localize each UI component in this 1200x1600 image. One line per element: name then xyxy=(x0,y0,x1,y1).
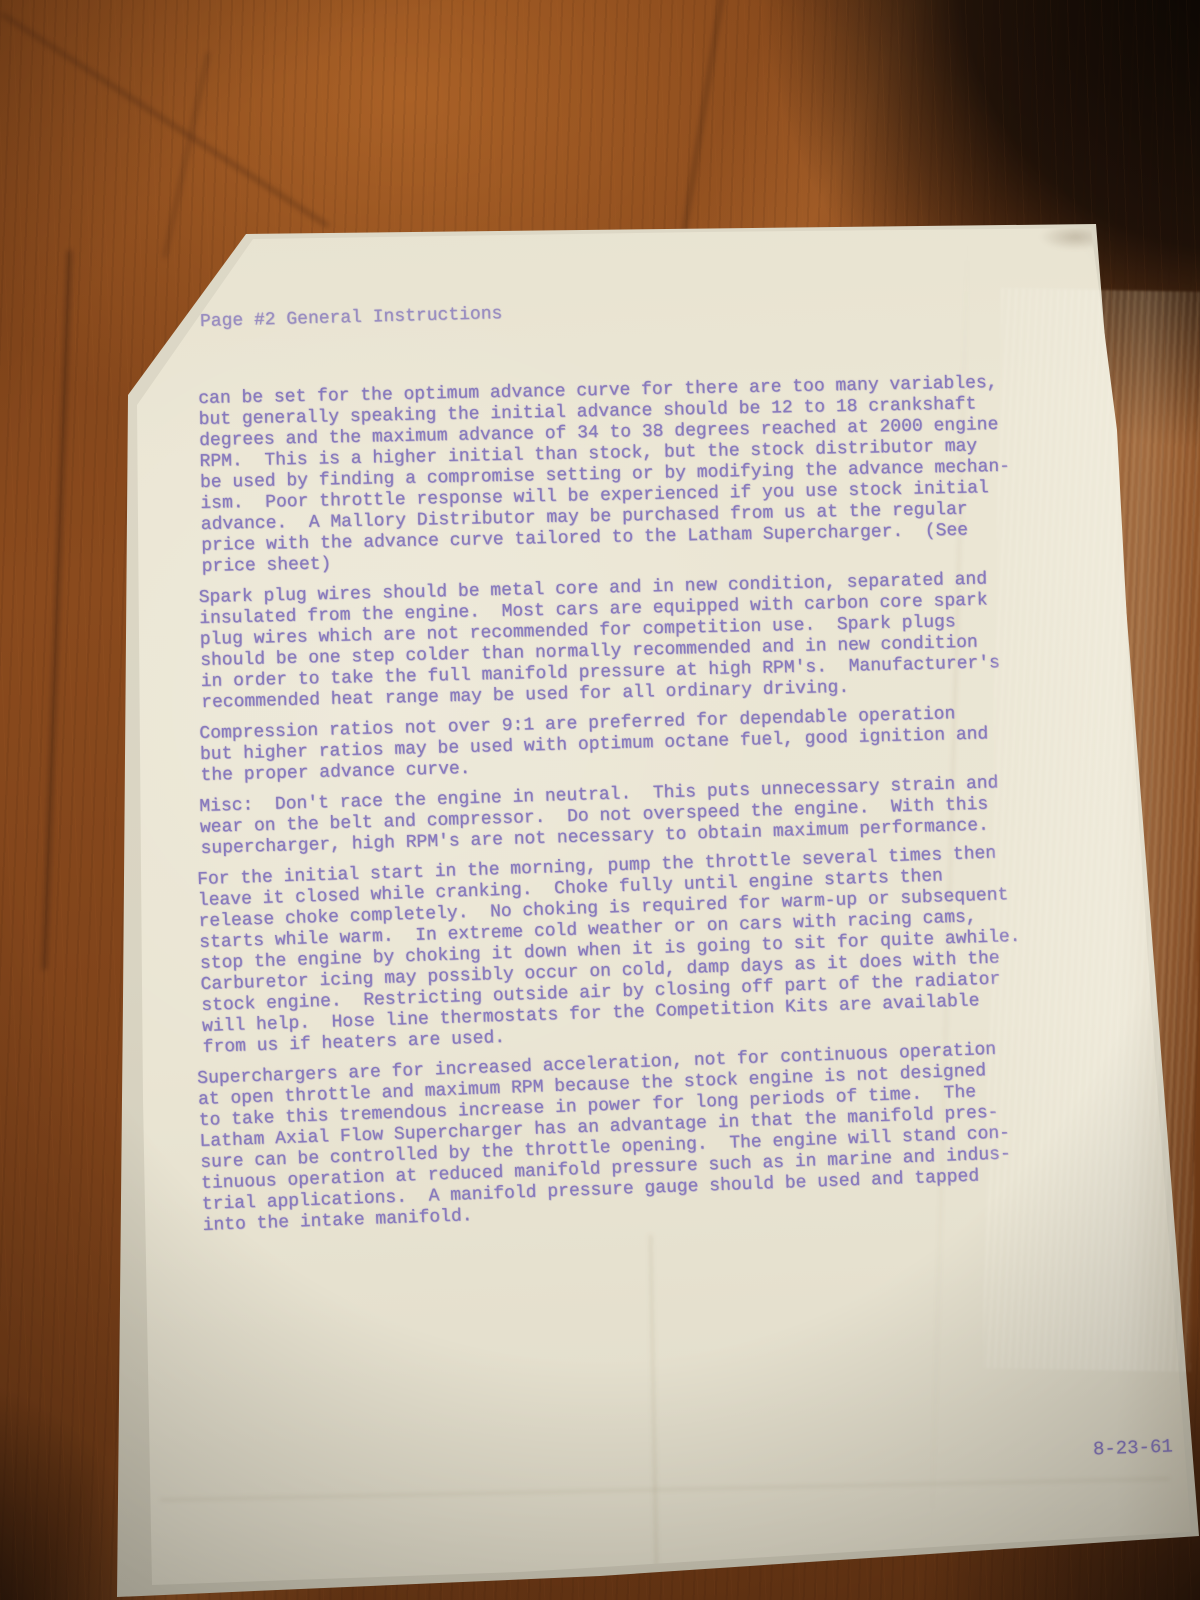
paragraph-advance-curve: can be set for the optimum advance curve… xyxy=(198,371,1088,578)
paper-crease xyxy=(649,1235,658,1570)
typewritten-text: Page #2 General Instructions can be set … xyxy=(200,312,1086,1247)
date-note: 8-23-61 xyxy=(1093,1435,1174,1460)
photo-scene: Page #2 General Instructions can be set … xyxy=(0,0,1200,1600)
paragraph-spark-plugs: Spark plug wires should be metal core an… xyxy=(199,567,1088,714)
paragraph-cold-start: For the initial start in the morning, pu… xyxy=(197,841,1089,1059)
paragraph-superchargers: Superchargers are for increased accelera… xyxy=(197,1037,1089,1237)
paper-crease xyxy=(160,1477,1170,1501)
